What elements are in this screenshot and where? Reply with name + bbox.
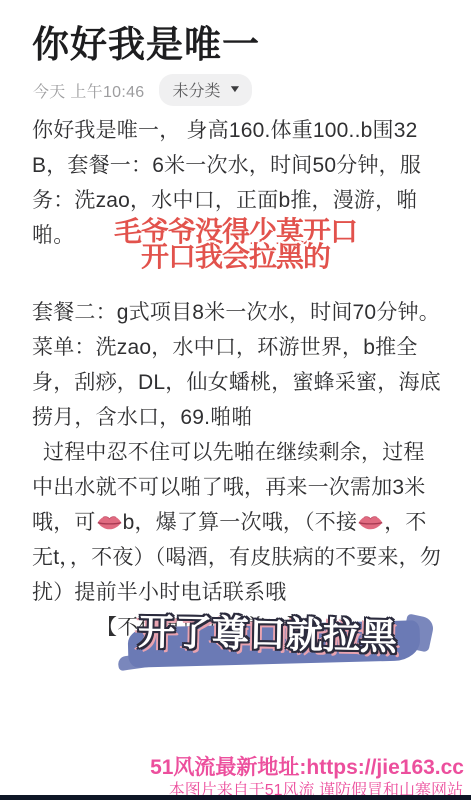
lips-icon bbox=[357, 511, 384, 534]
note-meta-row: 今天 上午10:46 未分类 ▼ bbox=[33, 74, 252, 106]
category-label: 未分类 bbox=[172, 78, 220, 101]
stamp-text: 开了尊口就拉黑 bbox=[137, 601, 397, 660]
note-body[interactable]: 你好我是唯一， 身高160.体重100..b围32B，套餐一：6米一次水，时间5… bbox=[32, 113, 444, 645]
note-page: 你好我是唯一 今天 上午10:46 未分类 ▼ 你好我是唯一， 身高160.体重… bbox=[0, 0, 471, 800]
bottom-divider-bar bbox=[0, 795, 471, 800]
paragraph-rules: 过程中忍不住可以先啪在继续剩余，过程中出水就不可以啪了哦，再来一次需加3米哦，可… bbox=[32, 435, 444, 610]
paragraph-package2-menu: 套餐二：g式项目8米一次水，时间70分钟。菜单：洗zao，水中口，环游世界，b推… bbox=[32, 295, 444, 435]
note-title: 你好我是唯一 bbox=[32, 14, 260, 68]
chevron-down-icon: ▼ bbox=[228, 85, 242, 95]
note-timestamp: 今天 上午10:46 bbox=[33, 79, 144, 102]
lips-icon bbox=[96, 511, 123, 534]
stamp-overlay: 开了尊口就拉黑 bbox=[118, 598, 448, 688]
red-warning-line2: 开口我会拉黑的 bbox=[0, 244, 471, 269]
category-pill[interactable]: 未分类 ▼ bbox=[159, 74, 252, 106]
red-warning-overlay: 毛爷爷没得少莫开口 开口我会拉黑的 bbox=[0, 219, 471, 269]
